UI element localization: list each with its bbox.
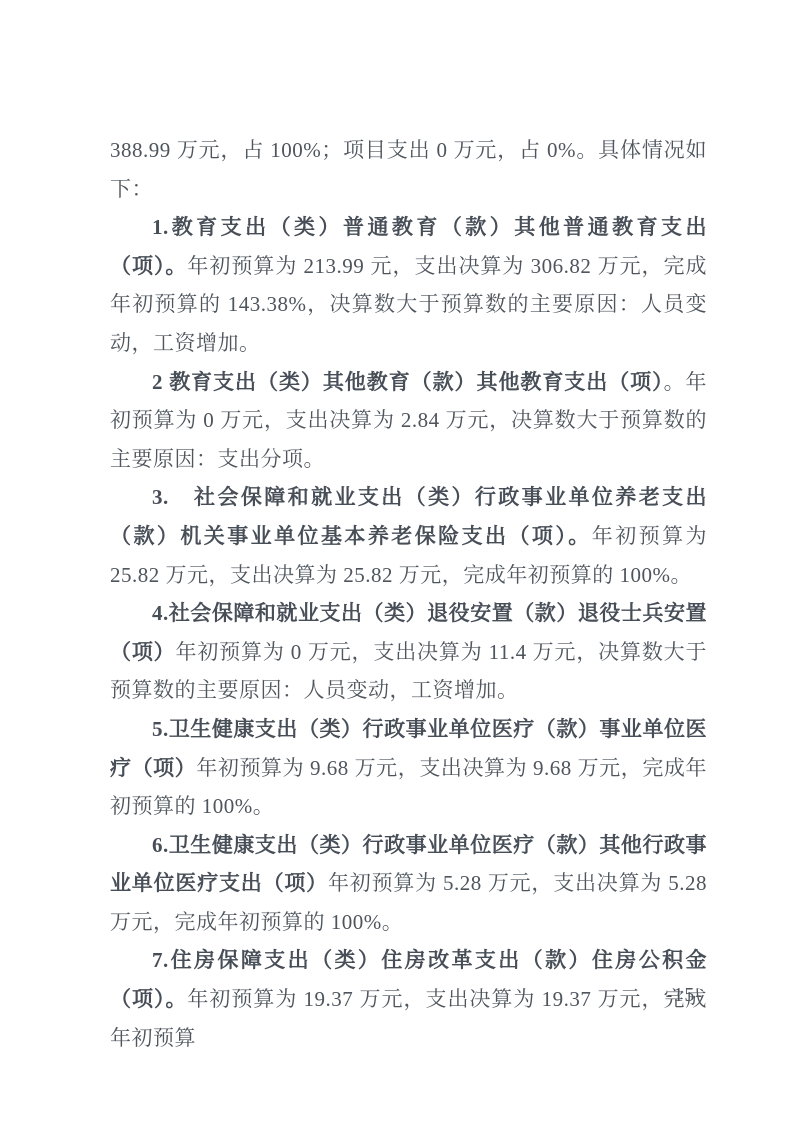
paragraph: 2 教育支出（类）其他教育（款）其他教育支出（项）。年初预算为 0 万元，支出决…	[110, 363, 707, 479]
text-block: 388.99 万元，占 100%；项目支出 0 万元，占 0%。具体情况如下：1…	[110, 131, 707, 1057]
paragraph: 388.99 万元，占 100%；项目支出 0 万元，占 0%。具体情况如下：	[110, 131, 707, 208]
paragraph: 3. 社会保障和就业支出（类）行政事业单位养老支出（款）机关事业单位基本养老保险…	[110, 478, 707, 594]
body-text: 年初预算为 0 万元，支出决算为 11.4 万元，决算数大于预算数的主要原因：人…	[110, 640, 707, 703]
paragraph: 7.住房保障支出（类）住房改革支出（款）住房公积金（项）。年初预算为 19.37…	[110, 941, 707, 1057]
body-text: 年初预算为 19.37 万元，支出决算为 19.37 万元，完成年初预算	[110, 987, 707, 1050]
body-text: 388.99 万元，占 100%；项目支出 0 万元，占 0%。具体情况如下：	[110, 138, 707, 201]
section-title-text: 2 教育支出（类）其他教育（款）其他教育支出（项）	[152, 370, 664, 394]
paragraph: 5.卫生健康支出（类）行政事业单位医疗（款）事业单位医疗（项）年初预算为 9.6…	[110, 710, 707, 826]
body-text: 年初预算为 213.99 元，支出决算为 306.82 万元，完成年初预算的 1…	[110, 254, 707, 355]
body-text: 年初预算为 9.68 万元，支出决算为 9.68 万元，完成年初预算的 100%…	[110, 756, 707, 819]
page-number: -15-	[666, 981, 703, 1009]
paragraph: 1.教育支出（类）普通教育（款）其他普通教育支出（项）。年初预算为 213.99…	[110, 208, 707, 362]
document-page: 388.99 万元，占 100%；项目支出 0 万元，占 0%。具体情况如下：1…	[0, 0, 793, 1121]
paragraph: 4.社会保障和就业支出（类）退役安置（款）退役士兵安置（项）年初预算为 0 万元…	[110, 594, 707, 710]
paragraph: 6.卫生健康支出（类）行政事业单位医疗（款）其他行政事业单位医疗支出（项）年初预…	[110, 826, 707, 942]
